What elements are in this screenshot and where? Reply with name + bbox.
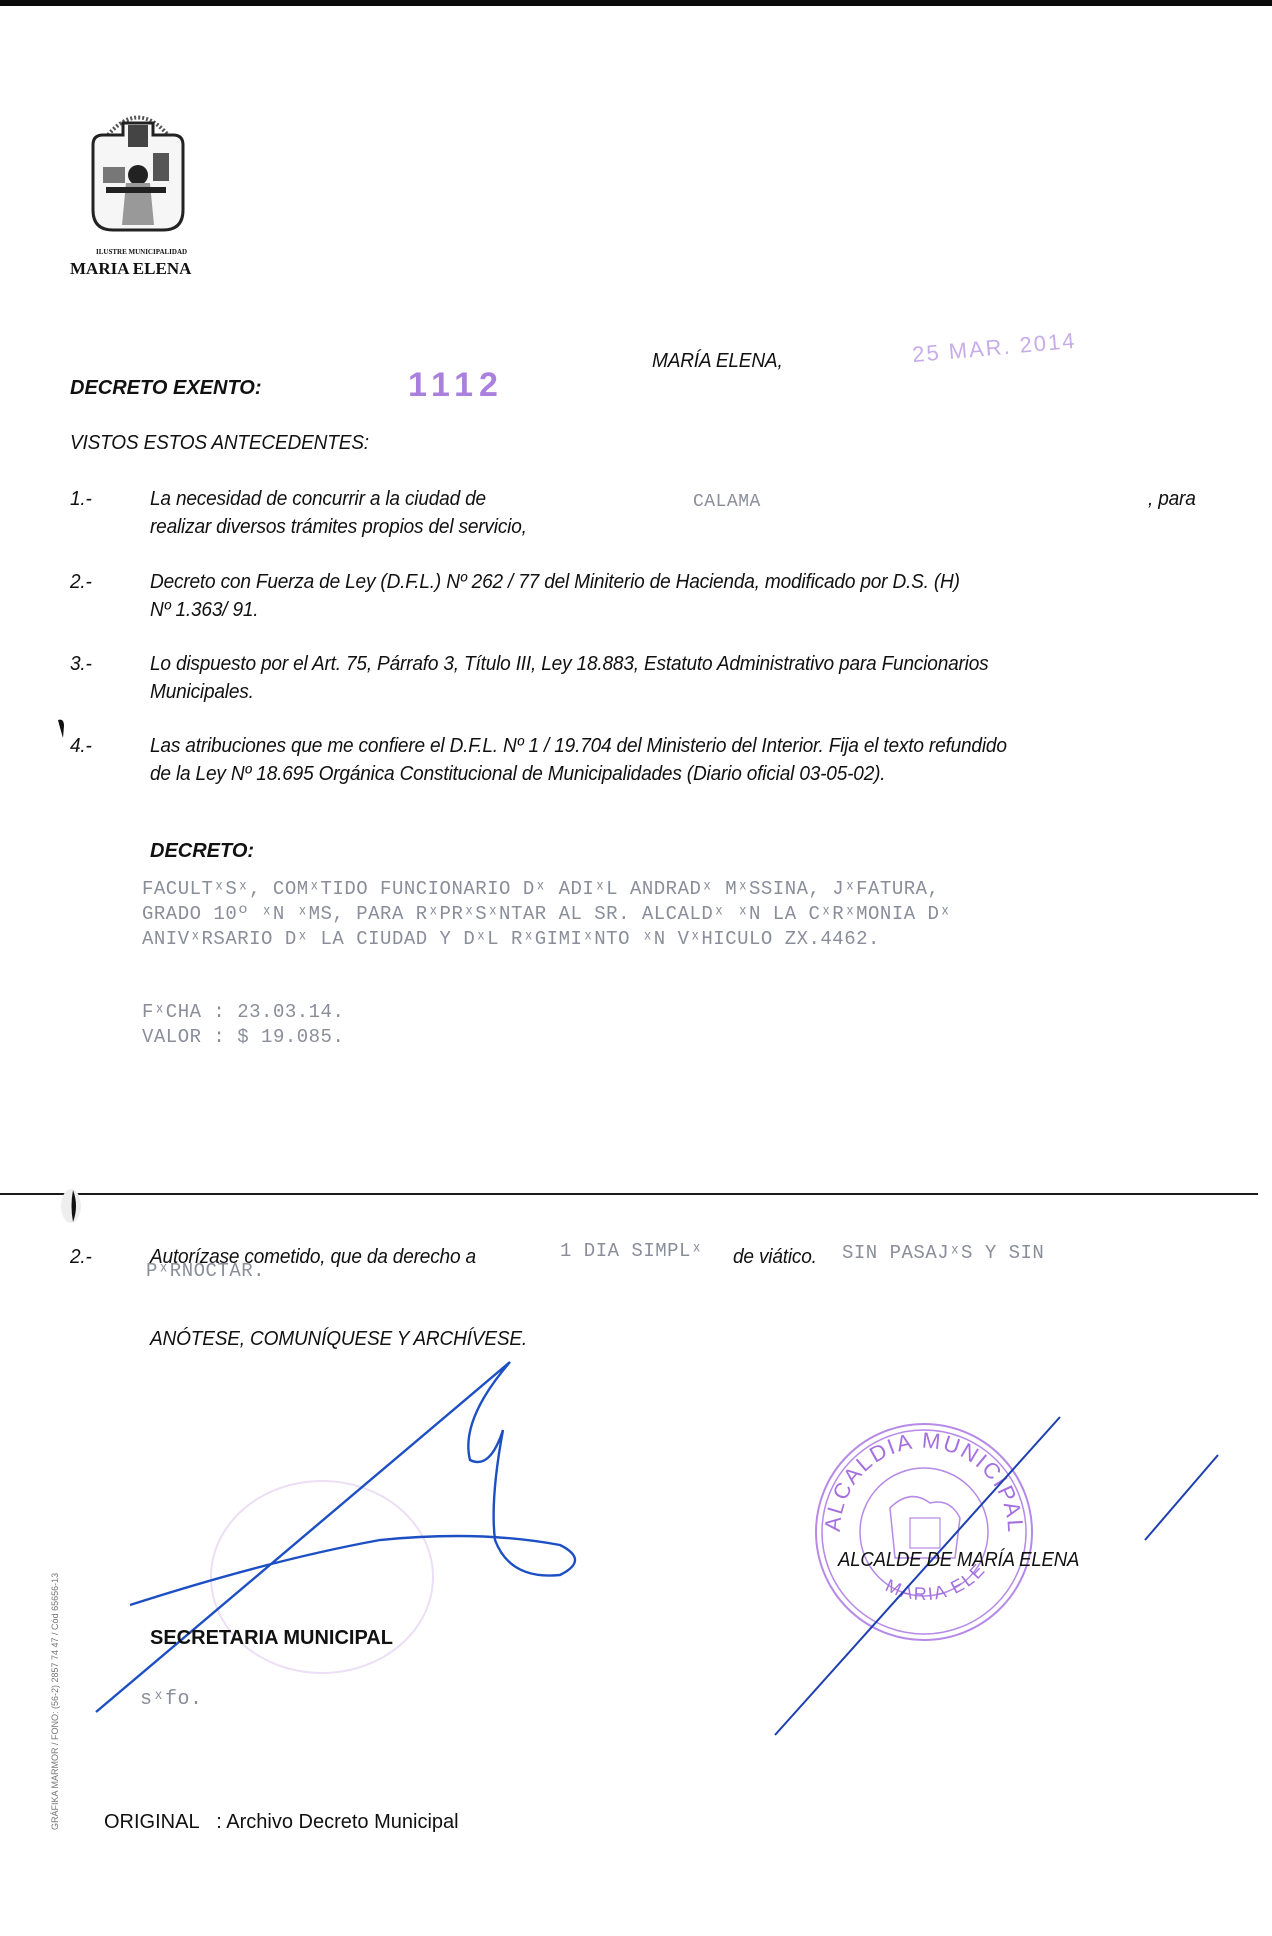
municipality-name: MARIA ELENA — [70, 259, 191, 279]
scan-edge — [0, 0, 1272, 6]
decreto-exento-label: DECRETO EXENTO: — [70, 377, 262, 400]
resolution-2-number: 2.- — [70, 1245, 92, 1269]
item-1-text-post: , para — [1148, 487, 1196, 511]
decreto-typed-line-3: ANIVˣRSARIO Dˣ LA CIUDAD Y DˣL RˣGIMIˣNT… — [142, 928, 880, 950]
item-2-text-line2: Nº 1.363/ 91. — [150, 598, 258, 622]
valor-row: VALOR : $ 19.085. — [142, 1026, 344, 1048]
original-value: : Archivo Decreto Municipal — [216, 1811, 458, 1833]
municipality-small-label: ILUSTRE MUNICIPALIDAD — [96, 248, 187, 256]
destination-city: CALAMA — [693, 492, 761, 512]
secretaria-municipal-label: SECRETARIA MUNICIPAL — [150, 1627, 393, 1650]
printer-note: GRÁFIKA MARMOR / FONO: (56-2) 2857 74 47… — [50, 1573, 60, 1830]
item-2-text: Decreto con Fuerza de Ley (D.F.L.) Nº 26… — [150, 570, 960, 594]
vistos-title: VISTOS ESTOS ANTECEDENTES: — [70, 431, 369, 455]
date-stamp: 25 MAR. 2014 — [911, 328, 1077, 368]
item-4-number: 4.- — [70, 734, 92, 758]
item-4-text-line2: de la Ley Nº 18.695 Orgánica Constitucio… — [150, 762, 885, 786]
decree-number-stamp: 1112 — [408, 366, 504, 405]
place-label: MARÍA ELENA, — [652, 349, 783, 373]
valor-value: $ 19.085. — [237, 1026, 344, 1048]
fecha-value: 23.03.14. — [237, 1001, 344, 1023]
viatico-conditions: SIN PASAJˣS Y SIN — [842, 1242, 1044, 1264]
fecha-label: FˣCHA — [142, 1001, 202, 1023]
item-3-text-line2: Municipales. — [150, 680, 254, 704]
typist-initials: sˣfo. — [140, 1688, 203, 1711]
alcaldia-seal: ALCALDIA MUNICIPAL MARIA ELENA — [810, 1418, 1038, 1646]
item-3-number: 3.- — [70, 652, 92, 676]
resolution-2-text-mid: de viático. — [733, 1245, 817, 1269]
item-4-text: Las atribuciones que me confiere el D.F.… — [150, 734, 1007, 758]
valor-label: VALOR — [142, 1026, 202, 1048]
original-row: ORIGINAL : Archivo Decreto Municipal — [104, 1811, 459, 1834]
decreto-title: DECRETO: — [150, 840, 254, 863]
municipal-crest-icon — [88, 105, 188, 240]
item-2-number: 2.- — [70, 570, 92, 594]
original-label: ORIGINAL — [104, 1811, 200, 1833]
punch-hole-mark-icon — [56, 718, 68, 740]
item-1-text: La necesidad de concurrir a la ciudad de — [150, 487, 486, 511]
viatico-days: 1 DIA SIMPLˣ — [560, 1240, 703, 1262]
decreto-typed-line-2: GRADO 10º ˣN ˣMS, PARA RˣPRˣSˣNTAR AL SR… — [142, 903, 951, 925]
fecha-row: FˣCHA : 23.03.14. — [142, 1001, 344, 1023]
closing-formula: ANÓTESE, COMUNÍQUESE Y ARCHÍVESE. — [150, 1327, 527, 1351]
item-1-number: 1.- — [70, 487, 92, 511]
alcalde-label: ALCALDE DE MARÍA ELENA — [838, 1549, 1079, 1572]
fold-line — [0, 1193, 1258, 1195]
item-3-text: Lo dispuesto por el Art. 75, Párrafo 3, … — [150, 652, 989, 676]
viatico-conditions-line2: PˣRNOCTAR. — [146, 1260, 265, 1282]
punch-hole-icon — [60, 1188, 82, 1224]
decreto-typed-line-1: FACULTˣSˣ, COMˣTIDO FUNCIONARIO Dˣ ADIˣL… — [142, 878, 939, 900]
item-1-text-line2: realizar diversos trámites propios del s… — [150, 515, 527, 539]
